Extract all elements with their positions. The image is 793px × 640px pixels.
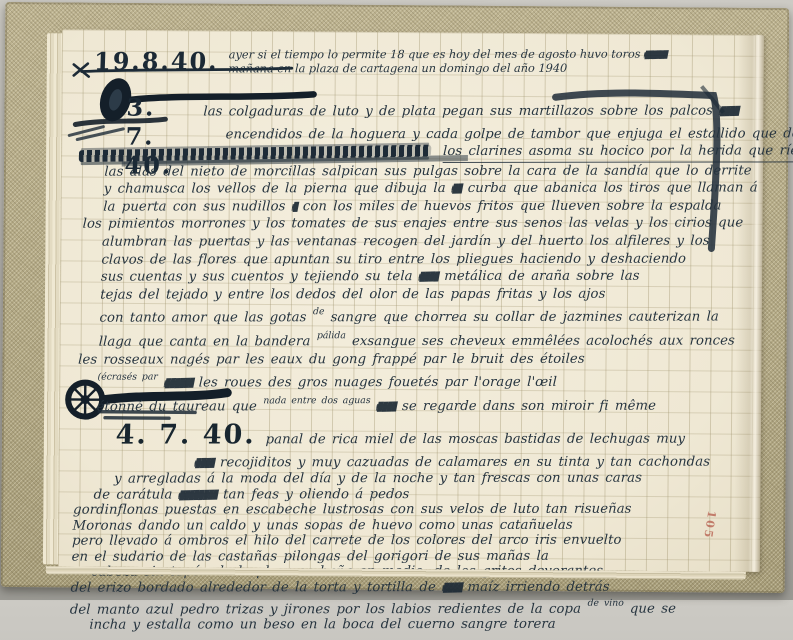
inserted-word: nada entre dos aguas: [263, 395, 371, 406]
manuscript-line: (écrasés par ▮▮▮▮▮▮ les roues des gros n…: [97, 368, 730, 393]
manuscript-text-column: 19.8.40.ayer si el tiempo lo permite 18 …: [71, 44, 740, 566]
handwriting-text: sus cuentas y sus cuentos y tejiendo su …: [101, 269, 420, 285]
handwriting-text: la puerta con sus nudillos: [103, 199, 292, 214]
entry-date-line: 3. 7. 40.las colgaduras de luto y de pla…: [126, 92, 739, 125]
manuscript-line: clavos de las flores que apuntan su tiro…: [101, 250, 734, 269]
manuscript-line: encendidos de la hoguera y cada golpe de…: [225, 126, 738, 144]
handwriting-text: encendidos de la hoguera y cada golpe de…: [225, 126, 793, 142]
inserted-word: pálida: [317, 330, 346, 341]
aside-line: ayer si el tiempo lo permite 18 que es h…: [229, 48, 667, 62]
handwriting-text: los pimientos morrones y los tomates de …: [82, 216, 743, 232]
handwriting-text: exsangue ses cheveux emmêlées acolochés …: [345, 333, 735, 349]
crossed-out-text: ▮▮▮▮: [375, 398, 397, 416]
manuscript-line: los pimientos morrones y los tomates de …: [82, 215, 735, 234]
handwriting-text: recojiditos y muy cazuadas de calamares …: [213, 455, 710, 471]
inserted-word: (écrasés par: [97, 372, 158, 383]
handwriting-text: con los miles de huevos fritos que lluev…: [296, 198, 721, 214]
handwriting-text: los clarines asoma su hocico por la heri…: [443, 144, 793, 160]
manuscript-line: las colgaduras de luto y de plata pegan …: [203, 103, 739, 122]
handwriting-text: metálica de araña sobre las: [438, 269, 640, 284]
notebook-page: 105 19.8.40.ayer si el tiempo lo permite…: [58, 29, 764, 571]
manuscript-line: les rosseaux nagés par les eaux du gong …: [78, 350, 731, 369]
crossed-out-text: ▮▮▮▮▮▮: [162, 374, 194, 392]
handwriting-text: del erizo bordado alrededor de la torta …: [70, 580, 442, 596]
manuscript-line: del manto azul pedro trizas y jirones po…: [70, 595, 723, 600]
crossed-out-text: ▮▮▮▮: [193, 456, 215, 472]
handwriting-text: mañana en la plaza de cartagena un domin…: [228, 61, 567, 75]
handwriting-text: cabeza sin tapón de la plaza se baña en …: [91, 564, 604, 580]
handwriting-text: y chamusca los vellos de la pierna que d…: [104, 181, 453, 197]
handwriting-text: alumbran las puertas y las ventanas reco…: [102, 234, 710, 250]
handwriting-text: tan feas y oliendo á pedos: [217, 487, 410, 502]
manuscript-line: del erizo bordado alrededor de la torta …: [70, 580, 723, 597]
manuscript-line: panal de rica miel de las moscas bastida…: [265, 431, 685, 449]
handwriting-text: llaga que canta en la bandera: [98, 334, 316, 349]
manuscript-line: pero llevado á ombros el hilo del carret…: [72, 533, 725, 550]
manuscript-line: en el sudario de las castañas pilongas d…: [71, 548, 724, 565]
handwriting-text: con tanto amor que las gotas: [99, 311, 313, 326]
manuscript-line: y arregladas á la moda del día y de la n…: [114, 470, 727, 487]
inserted-word: de: [313, 307, 325, 318]
crossed-out-text: ▮▮▮▮: [417, 268, 439, 286]
photo-background: { "photo": { "background_color": "#b0aea…: [0, 0, 793, 600]
handwriting-text: de carátula: [93, 487, 179, 502]
handwriting-text: se regarde dans son miroir fi même: [395, 398, 656, 413]
handwriting-text: en el sudario de las castañas pilongas d…: [71, 549, 549, 565]
handwriting-text: las alas del nieto de morcillas salpican…: [104, 163, 752, 179]
manuscript-line: de carátula ▮▮▮▮▮▮▮▮ tan feas y oliendo …: [93, 486, 726, 503]
manuscript-line: étonné du taureau que nada entre dos agu…: [96, 391, 729, 416]
manuscript-line: sus cuentas y sus cuentos y tejiendo su …: [101, 268, 734, 287]
handwriting-text: sangre que chorrea su collar de jazmines…: [324, 310, 719, 326]
manuscript-line: y chamusca los vellos de la pierna que d…: [103, 180, 736, 199]
inserted-phrase: los clarines asoma su hocico por la heri…: [443, 143, 793, 163]
manuscript-line: gordinflonas puestas en escabeche lustro…: [73, 502, 726, 519]
manuscript-line: llaga que canta en la bandera pálida exs…: [98, 326, 731, 351]
handwriting-text: étonné du taureau que: [96, 399, 263, 414]
manuscript-line: Moronas dando un caldo y unas sopas de h…: [72, 517, 725, 534]
aside-line: mañana en la plaza de cartagena un domin…: [228, 61, 666, 75]
manuscript-line: las alas del nieto de morcillas salpican…: [104, 162, 737, 181]
handwriting-text: les rosseaux nagés par les eaux du gong …: [78, 351, 585, 367]
manuscript-line: alumbran las puertas y las ventanas reco…: [102, 232, 735, 251]
manuscript-line: con tanto amor que las gotas de sangre q…: [99, 303, 732, 328]
handwriting-text: y arregladas á la moda del día y de la n…: [114, 471, 642, 487]
handwriting-text: ayer si el tiempo lo permite 18 que es h…: [229, 48, 645, 62]
manuscript-line: la puerta con sus nudillos ▮ con los mil…: [103, 197, 736, 216]
date-heading: 19.8.40.: [94, 46, 220, 75]
crossed-out-text: ▮▮▮▮▮▮: [643, 47, 668, 61]
manuscript-line: cabeza sin tapón de la plaza se baña en …: [91, 564, 724, 581]
handwriting-text: tejas del tejado y entre los dedos del o…: [100, 286, 606, 302]
crossed-out-text: ▮▮▮▮: [718, 102, 740, 120]
handwriting-text: las colgaduras de luto y de plata pegan …: [203, 104, 719, 120]
crossed-out-text: ▮▮▮▮: [441, 580, 463, 596]
handwriting-text: panal de rica miel de las moscas bastida…: [265, 432, 685, 448]
handwriting-text: pero llevado á ombros el hilo del carret…: [72, 533, 622, 549]
entry-date-line: 4. 7. 40.panal de rica miel de las mosca…: [115, 419, 728, 454]
handwriting-text: clavos de las flores que apuntan su tiro…: [101, 251, 686, 267]
handwriting-text: gordinflonas puestas en escabeche lustro…: [73, 502, 632, 518]
date-heading: 4. 7. 40.: [115, 420, 256, 451]
handwriting-text: curba que abanica los tiros que llaman á: [461, 181, 758, 197]
manuscript-line: tejas del tejado y entre los dedos del o…: [100, 285, 733, 304]
date-aside-lines: ayer si el tiempo lo permite 18 que es h…: [228, 46, 667, 76]
entry-date-block: 19.8.40.ayer si el tiempo lo permite 18 …: [93, 46, 740, 87]
notebook-cover: 105 19.8.40.ayer si el tiempo lo permite…: [1, 2, 790, 593]
page-curl-edge: [734, 35, 764, 572]
crossed-out-text: ▮▮▮▮▮▮▮▮: [177, 487, 218, 503]
handwriting-text: Moronas dando un caldo y unas sopas de h…: [72, 517, 573, 533]
manuscript-line: ▮▮▮▮ recojiditos y muy cazuadas de calam…: [194, 455, 727, 472]
handwriting-text: maíz irriendo detrás: [461, 580, 610, 595]
handwriting-text: les roues des gros nuages fouetés par l'…: [192, 375, 557, 391]
